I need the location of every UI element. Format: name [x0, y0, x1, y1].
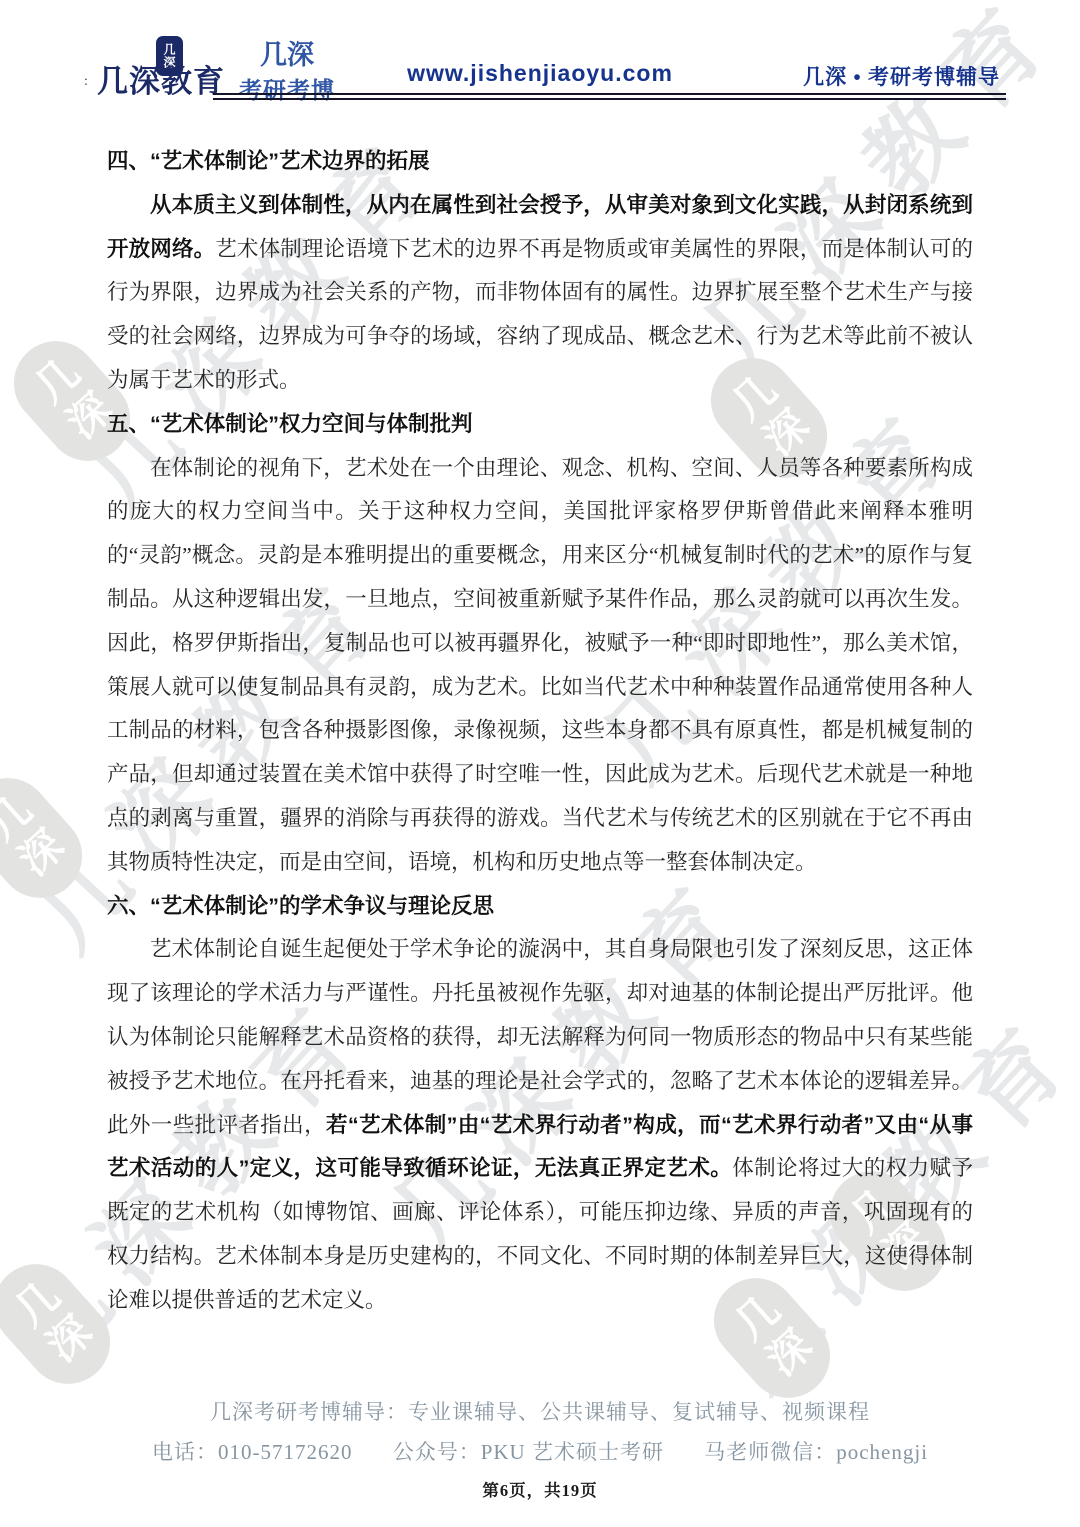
page-header: 几深 几深教育 几深 考研考博 www.jishenjiaoyu.com 几深 … — [0, 0, 1080, 104]
section-4-paragraph: 从本质主义到体制性，从内在属性到社会授予，从审美对象到文化实践，从封闭系统到开放… — [107, 184, 973, 403]
section-6-paragraph: 艺术体制论自诞生起便处于学术争论的漩涡中，其自身局限也引发了深刻反思，这正体现了… — [107, 928, 973, 1322]
footer-wechat-public: 公众号：PKU 艺术硕士考研 — [393, 1440, 664, 1464]
text-run: 在体制论的视角下，艺术处在一个由理论、观念、机构、空间、人员等各种要素所构成的庞… — [107, 456, 973, 874]
watermark-seal-chars: 几深 — [0, 782, 78, 893]
text-run: 艺术体制论自诞生起便处于学术争论的漩涡中，其自身局限也引发了深刻反思，这正体现了… — [107, 937, 973, 1136]
header-tagline: 几深 • 考研考博辅导 — [803, 61, 1000, 91]
footer-phone: 电话：010-57172620 — [152, 1440, 353, 1464]
document-page: { "header": { "logo_text": "几深教育", "logo… — [0, 0, 1080, 1527]
text-run: 艺术体制理论语境下艺术的边界不再是物质或审美属性的界限，而是体制认可的行为界限，… — [107, 237, 973, 392]
footer-services-line: 几深考研考博辅导：专业课辅导、公共课辅导、复试辅导、视频课程 — [0, 1396, 1080, 1426]
header-website-url: www.jishenjiaoyu.com — [360, 60, 720, 87]
document-body: 四、“艺术体制论”艺术边界的拓展 从本质主义到体制性，从内在属性到社会授予，从审… — [107, 140, 973, 1323]
footer-teacher-wechat: 马老师微信：pochengji — [704, 1440, 928, 1464]
section-heading-4: 四、“艺术体制论”艺术边界的拓展 — [107, 140, 973, 184]
section-heading-5: 五、“艺术体制论”权力空间与体制批判 — [107, 403, 973, 447]
brand-sub-line1: 几深 — [222, 33, 352, 72]
header-double-rule — [213, 93, 1006, 100]
section-heading-6: 六、“艺术体制论”的学术争议与理论反思 — [107, 885, 973, 929]
brand-logo-text: 几深教育 — [97, 56, 225, 101]
section-5-paragraph: 在体制论的视角下，艺术处在一个由理论、观念、机构、空间、人员等各种要素所构成的庞… — [107, 447, 973, 885]
page-number: 第6页，共19页 — [0, 1477, 1080, 1501]
scan-artifact-mark: : — [84, 74, 88, 90]
footer-contact-line: 电话：010-57172620 公众号：PKU 艺术硕士考研 马老师微信：poc… — [0, 1436, 1080, 1466]
brand-sub-line2: 考研考博 — [222, 72, 352, 105]
